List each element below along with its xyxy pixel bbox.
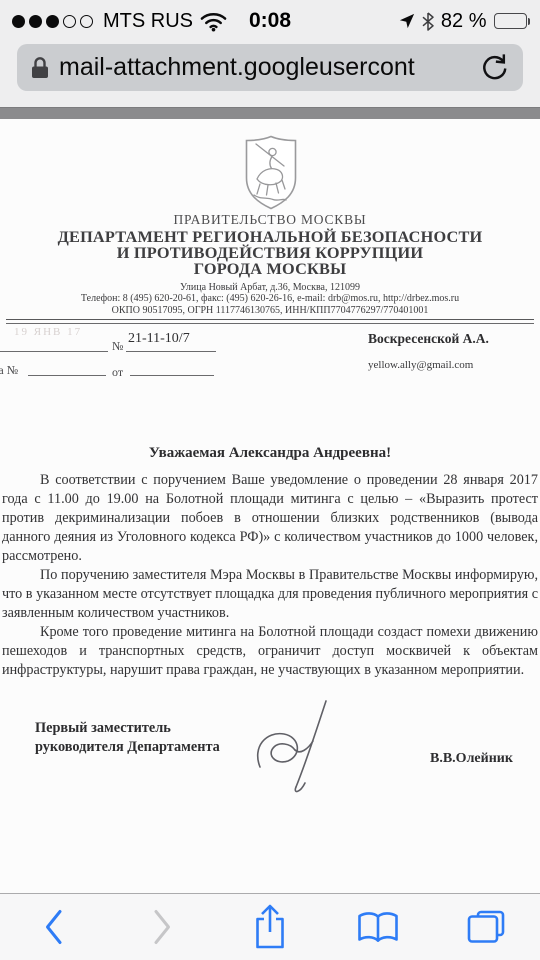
location-arrow-icon <box>399 13 415 29</box>
reload-icon[interactable] <box>479 53 509 83</box>
status-bar: MTS RUS 0:08 82 % <box>0 0 540 42</box>
on-number-label: на № <box>0 363 18 378</box>
signer-name: В.В.Олейник <box>430 751 513 767</box>
ref-underline <box>28 375 106 376</box>
forward-button[interactable] <box>132 897 192 957</box>
signer-title: Первый заместитель руководителя Департам… <box>35 719 220 756</box>
url-text: mail-attachment.googleusercont <box>59 53 479 82</box>
ref-underline <box>0 351 108 352</box>
paragraph-1: В соответствии с поручением Ваше уведомл… <box>2 471 538 566</box>
battery-percent-label: 82 % <box>441 10 487 33</box>
signer-title-line2: руководителя Департамента <box>35 738 220 757</box>
letterhead-codes: ОКПО 90517095, ОГРН 1117746130765, ИНН/К… <box>0 305 540 316</box>
document-page: ПРАВИТЕЛЬСТВО МОСКВЫ ДЕПАРТАМЕНТ РЕГИОНА… <box>0 119 540 893</box>
battery-icon <box>494 13 531 29</box>
letterhead-divider <box>6 319 534 324</box>
moscow-coat-of-arms-icon <box>244 135 298 210</box>
browser-toolbar <box>0 893 540 960</box>
paragraph-3: Кроме того проведение митинга на Болотно… <box>2 623 538 680</box>
address-bar: mail-attachment.googleusercont <box>0 42 540 107</box>
ref-underline <box>130 375 214 376</box>
back-button[interactable] <box>24 897 84 957</box>
url-field[interactable]: mail-attachment.googleusercont <box>17 44 523 91</box>
share-icon <box>251 903 289 951</box>
government-title: ПРАВИТЕЛЬСТВО МОСКВЫ <box>0 212 540 228</box>
letterhead-address: Улица Новый Арбат, д.36, Москва, 121099 <box>0 282 540 293</box>
letterhead-phones: Телефон: 8 (495) 620-20-61, факс: (495) … <box>0 293 540 304</box>
letter-body: В соответствии с поручением Ваше уведомл… <box>2 471 538 680</box>
outgoing-number: 21-11-10/7 <box>128 331 190 347</box>
salutation: Уважаемая Александра Андреевна! <box>0 445 540 462</box>
ref-underline <box>126 351 216 352</box>
browser-chrome-top: MTS RUS 0:08 82 % <box>0 0 540 107</box>
forward-chevron-icon <box>151 908 173 946</box>
recipient-email: yellow.ally@gmail.com <box>368 359 473 371</box>
share-button[interactable] <box>240 897 300 957</box>
bookmarks-icon <box>355 908 401 946</box>
incoming-date-stamp: 19 ЯНВ 17 <box>14 326 82 338</box>
department-title: ДЕПАРТАМЕНТ РЕГИОНАЛЬНОЙ БЕЗОПАСНОСТИ И … <box>0 229 540 277</box>
letterhead-contacts: Улица Новый Арбат, д.36, Москва, 121099 … <box>0 282 540 316</box>
back-chevron-icon <box>43 908 65 946</box>
signer-title-line1: Первый заместитель <box>35 719 220 738</box>
handwritten-signature <box>238 695 368 807</box>
bluetooth-icon <box>422 12 434 31</box>
from-label: от <box>112 365 123 380</box>
tabs-icon <box>465 908 507 946</box>
paragraph-2: По поручению заместителя Мэра Москвы в П… <box>2 566 538 623</box>
lock-icon <box>31 56 49 79</box>
url-fade-overlay <box>425 48 471 87</box>
department-line3: ГОРОДА МОСКВЫ <box>0 261 540 277</box>
recipient-name: Воскресенской А.А. <box>368 331 489 347</box>
tabs-button[interactable] <box>456 897 516 957</box>
bookmarks-button[interactable] <box>348 897 408 957</box>
number-sign-label: № <box>112 339 123 354</box>
viewer-top-band <box>0 107 540 119</box>
